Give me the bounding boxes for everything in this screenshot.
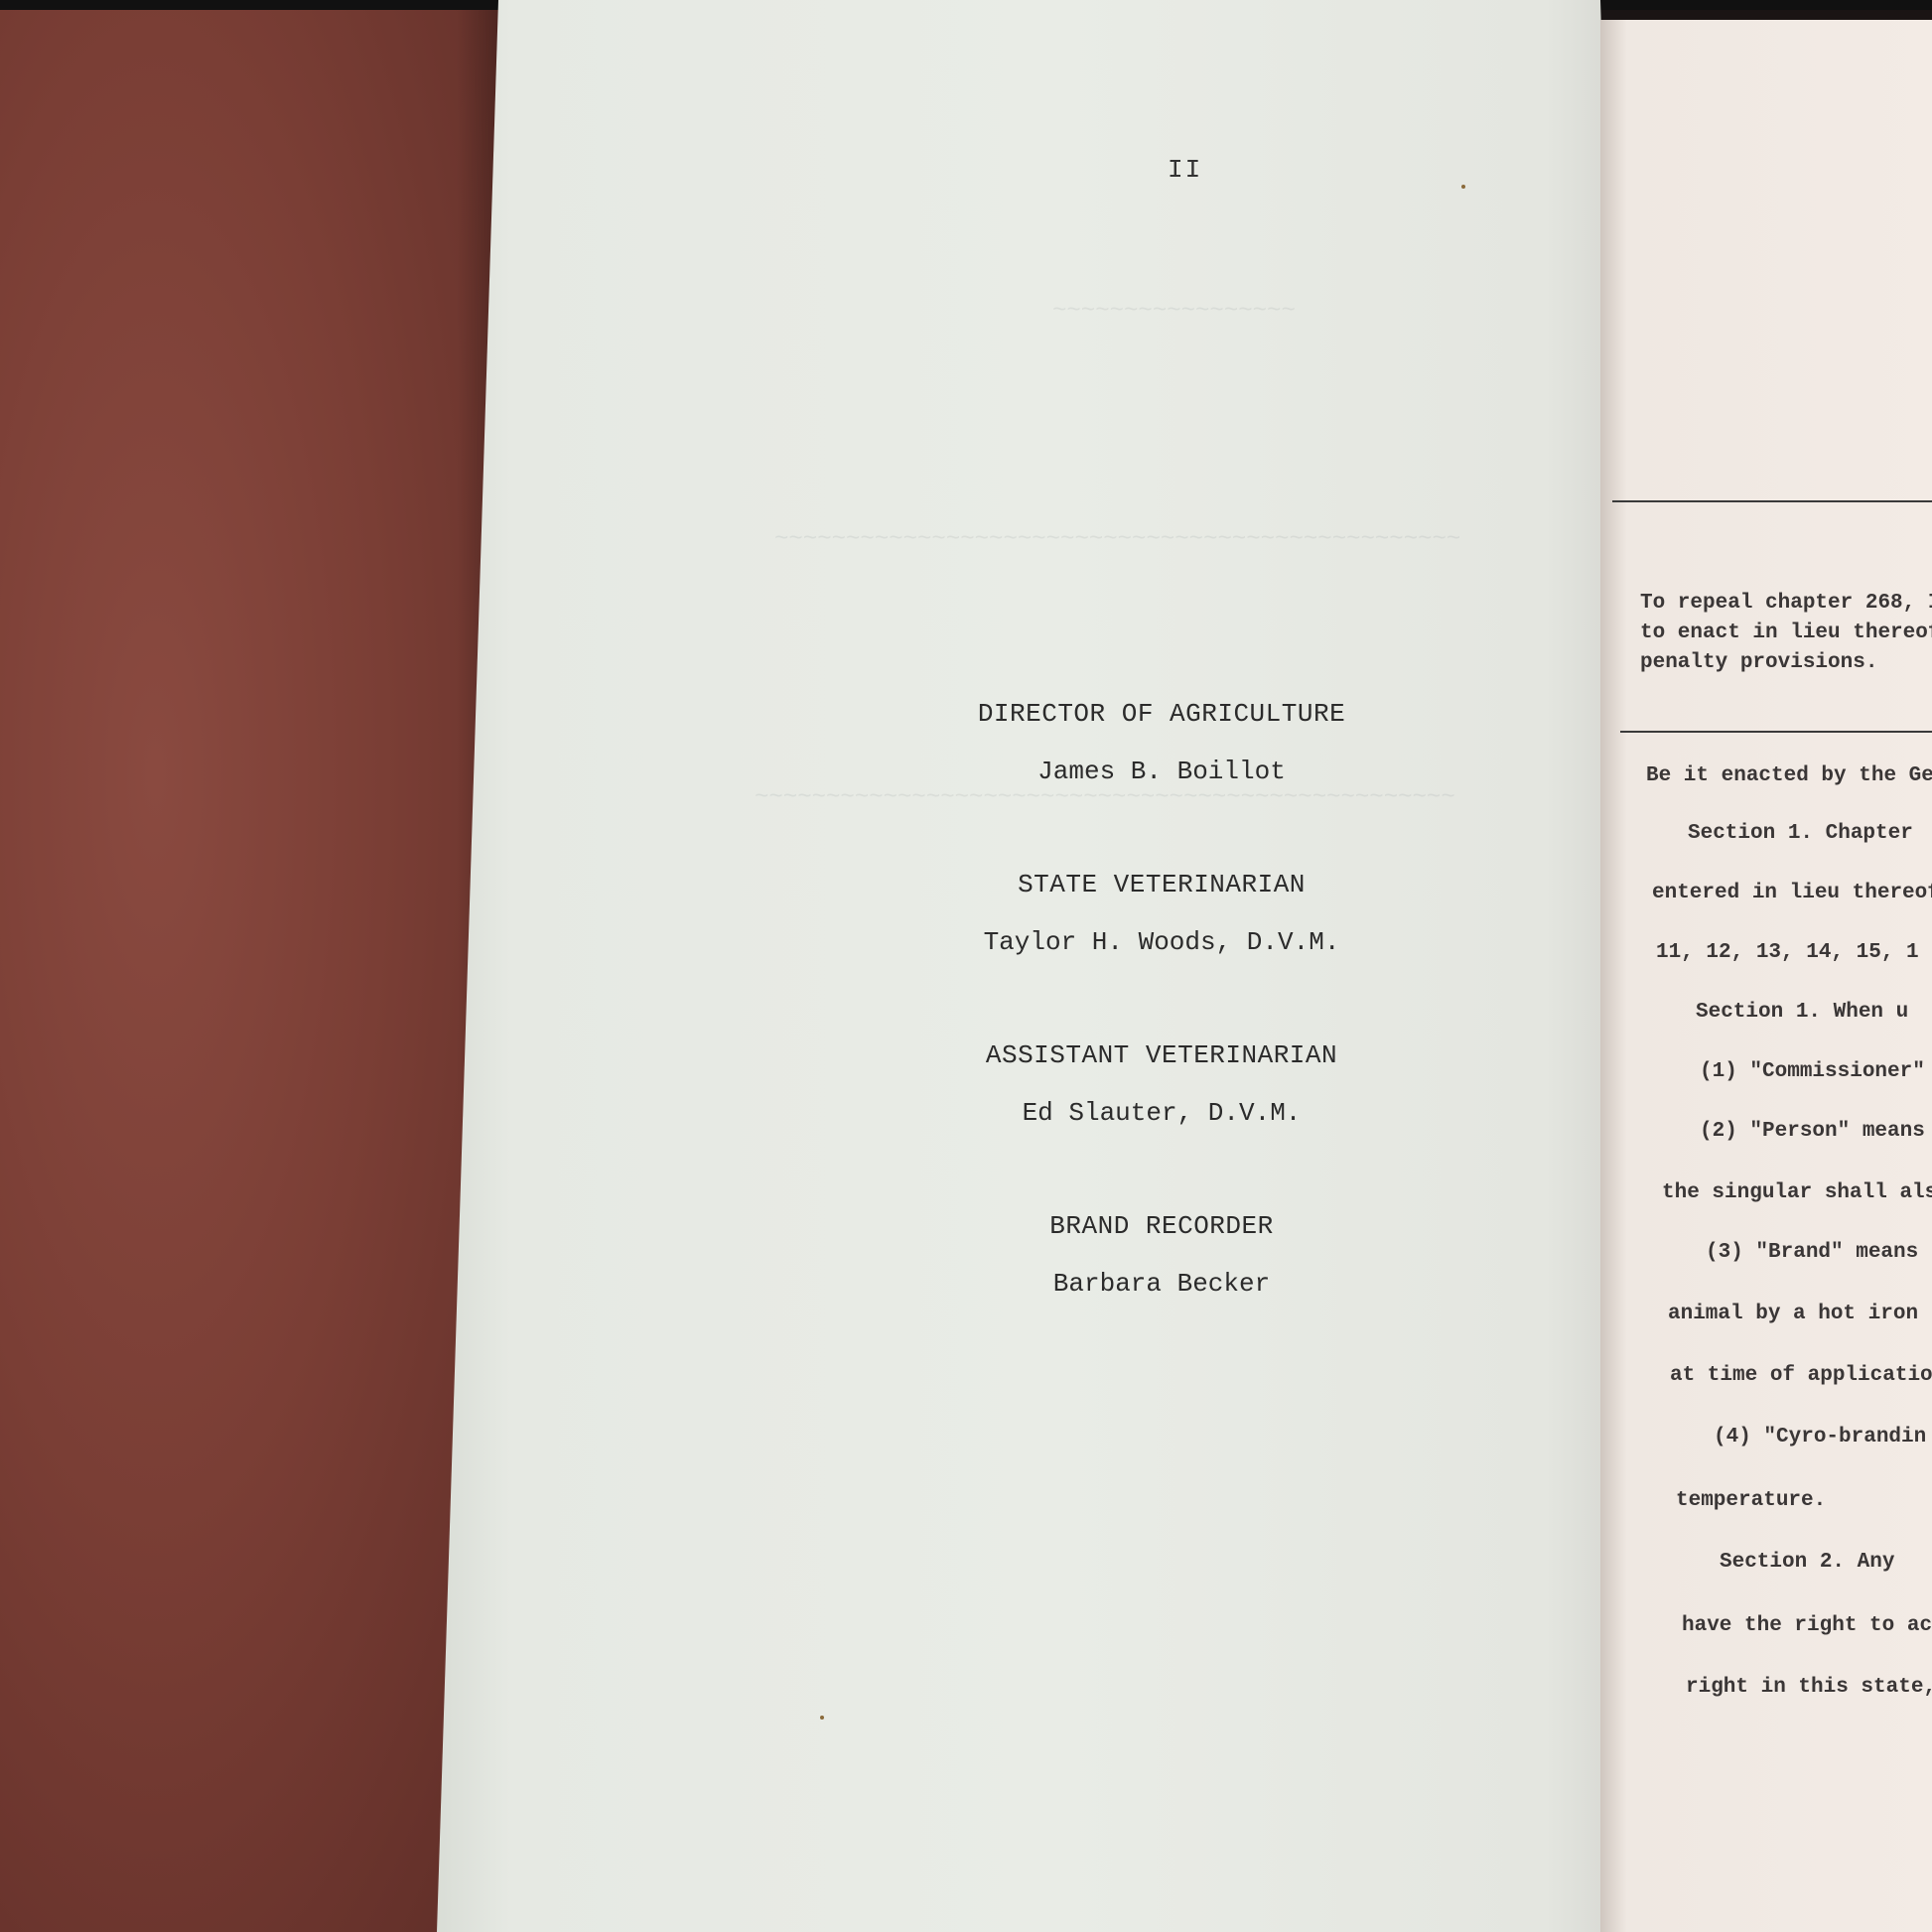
body-line: the singular shall als <box>1662 1181 1932 1204</box>
body-line: (1) "Commissioner" <box>1700 1060 1925 1083</box>
summary-line: to enact in lieu thereof <box>1640 621 1932 644</box>
body-line: 11, 12, 13, 14, 15, 1 <box>1656 941 1919 964</box>
body-line: Section 1. Chapter <box>1688 822 1913 845</box>
body-line: Be it enacted by the Ge <box>1646 764 1932 787</box>
paper-speck <box>820 1716 824 1720</box>
body-line: (3) "Brand" means <box>1706 1241 1918 1264</box>
divider <box>1620 731 1932 733</box>
body-line: temperature. <box>1676 1489 1826 1512</box>
staff-title: STATE VETERINARIAN <box>953 856 1370 913</box>
binder-cover <box>0 0 516 1932</box>
body-line: (2) "Person" means <box>1700 1120 1925 1143</box>
page-number: II <box>1168 155 1202 185</box>
body-line: entered in lieu thereof <box>1652 882 1932 904</box>
summary-line: penalty provisions. <box>1640 651 1877 674</box>
body-line: right in this state, <box>1686 1676 1932 1699</box>
body-line: Section 1. When u <box>1696 1001 1908 1024</box>
staff-name: Barbara Becker <box>953 1255 1370 1312</box>
staff-list: DIRECTOR OF AGRICULTURE James B. Boillot… <box>953 685 1370 1312</box>
staff-name: Ed Slauter, D.V.M. <box>953 1084 1370 1142</box>
body-line: (4) "Cyro-brandin <box>1714 1426 1926 1449</box>
staff-name: James B. Boillot <box>953 743 1370 800</box>
staff-title: DIRECTOR OF AGRICULTURE <box>953 685 1370 743</box>
body-line: at time of applicatio <box>1670 1364 1932 1387</box>
staff-title: BRAND RECORDER <box>953 1197 1370 1255</box>
bleed-through-text: ~~~~~~~~~~~~~~~~~ <box>1052 298 1296 325</box>
body-line: animal by a hot iron <box>1668 1303 1918 1325</box>
summary-line: To repeal chapter 268, I <box>1640 592 1932 615</box>
staff-name: Taylor H. Woods, D.V.M. <box>953 913 1370 971</box>
divider <box>1612 500 1932 502</box>
right-page <box>1600 20 1932 1932</box>
staff-title: ASSISTANT VETERINARIAN <box>953 1027 1370 1084</box>
body-line: Section 2. Any <box>1720 1551 1894 1574</box>
bleed-through-text: ~~~~~~~~~~~~~~~~~~~~~~~~~~~~~~~~~~~~~~~~… <box>774 526 1460 553</box>
paper-speck <box>1461 185 1465 189</box>
body-line: have the right to ac <box>1682 1614 1932 1637</box>
